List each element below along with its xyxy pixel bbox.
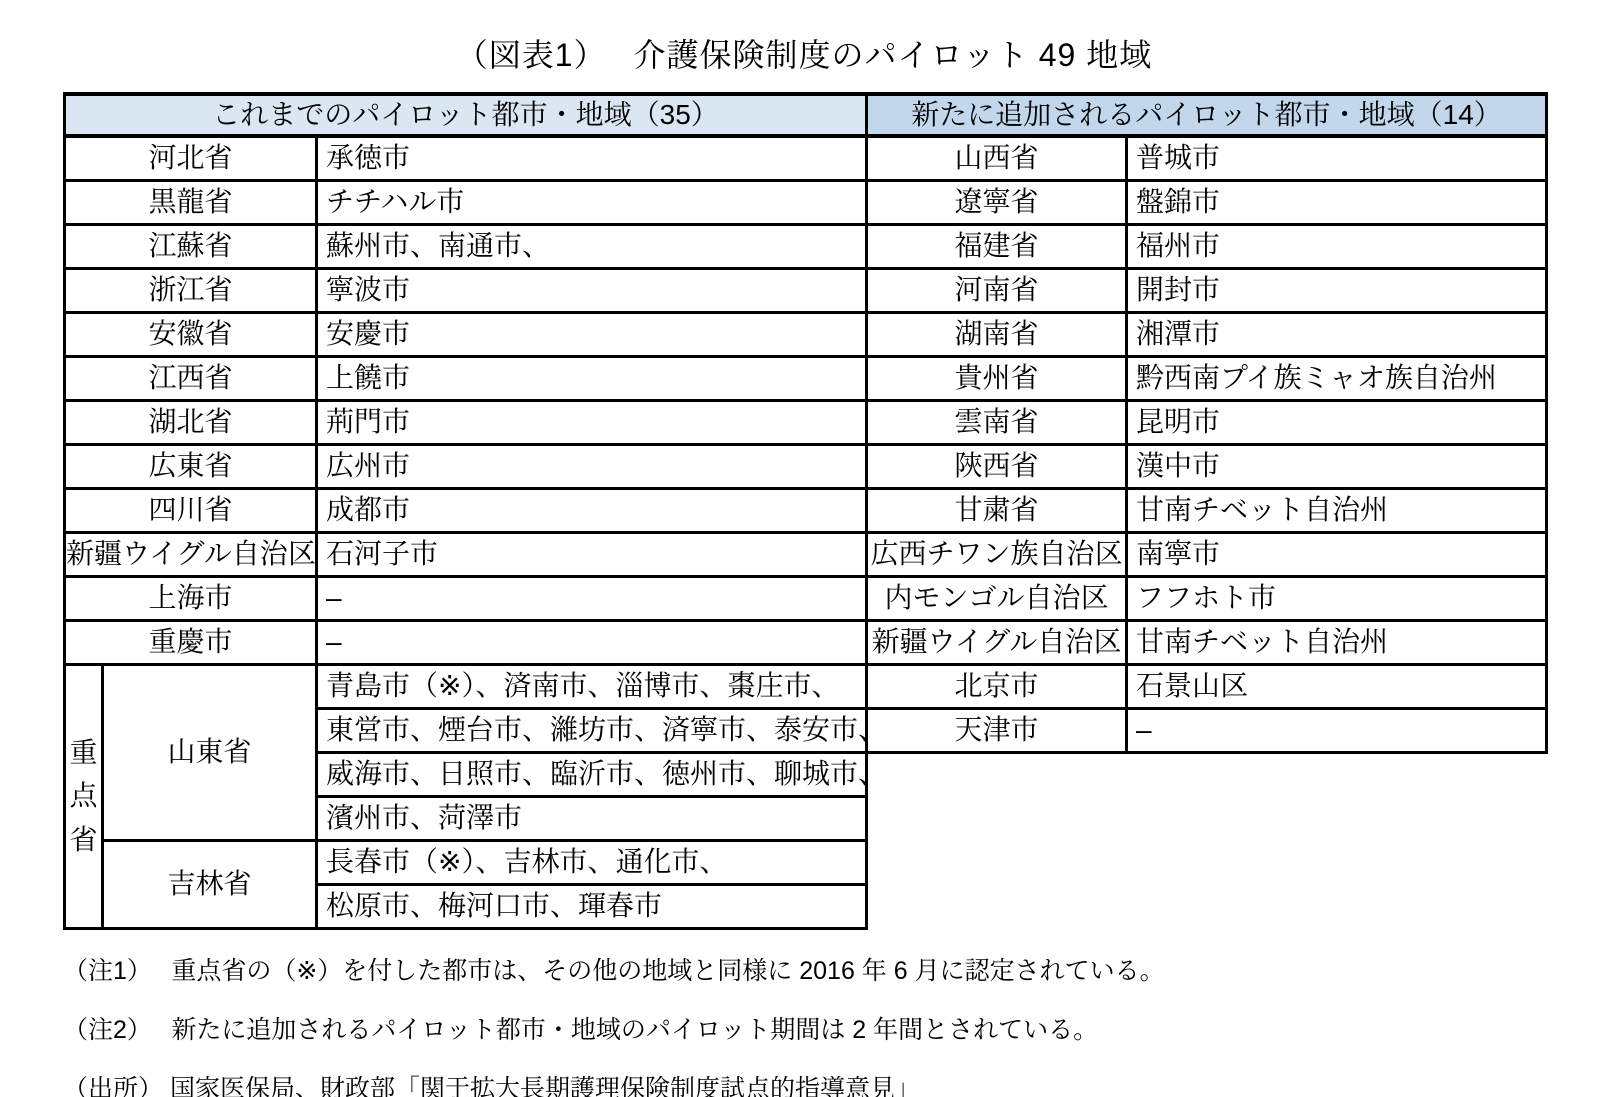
right-province-cell: 湖南省	[867, 312, 1127, 356]
key-province-label: 重 点 省	[65, 664, 103, 928]
left-cities-cell: 上饒市	[317, 356, 867, 400]
shandong-cities-cell: 濱州市、菏澤市	[317, 796, 867, 840]
table-row: 浙江省 寧波市 河南省 開封市	[65, 268, 1547, 312]
left-cities-cell: 広州市	[317, 444, 867, 488]
note-1: （注1） 重点省の（※）を付した都市は、その他の地域と同様に 2016 年 6 …	[63, 956, 1563, 986]
table-row: 重 点 省 山東省 青島市（※）、済南市、淄博市、棗庄市、 北京市 石景山区	[65, 664, 1547, 708]
table-row: 安徽省 安慶市 湖南省 湘潭市	[65, 312, 1547, 356]
table-row: 重慶市 – 新疆ウイグル自治区 甘南チベット自治州	[65, 620, 1547, 664]
table-row: 湖北省 荊門市 雲南省 昆明市	[65, 400, 1547, 444]
right-cities-cell: 甘南チベット自治州	[1127, 488, 1547, 532]
right-table-header: 新たに追加されるパイロット都市・地域（14）	[867, 94, 1547, 136]
left-cities-cell: 承徳市	[317, 136, 867, 180]
right-cities-cell: 黔西南プイ族ミャオ族自治州	[1127, 356, 1547, 400]
left-cities-cell: 荊門市	[317, 400, 867, 444]
right-province-cell: 陝西省	[867, 444, 1127, 488]
table-row: 江蘇省 蘇州市、南通市、 福建省 福州市	[65, 224, 1547, 268]
source-note: （出所） 国家医保局、財政部「関于拡大長期護理保険制度試点的指導意見」	[63, 1074, 1563, 1097]
left-province-cell: 黒龍省	[65, 180, 317, 224]
jilin-province-cell: 吉林省	[103, 840, 317, 928]
right-province-cell: 河南省	[867, 268, 1127, 312]
table-header-row: これまでのパイロット都市・地域（35） 新たに追加されるパイロット都市・地域（1…	[65, 94, 1547, 136]
shandong-cities-cell: 威海市、日照市、臨沂市、徳州市、聊城市、	[317, 752, 867, 796]
right-province-cell: 福建省	[867, 224, 1127, 268]
table-row: 広東省 広州市 陝西省 漢中市	[65, 444, 1547, 488]
table-row: 四川省 成都市 甘粛省 甘南チベット自治州	[65, 488, 1547, 532]
left-province-cell: 上海市	[65, 576, 317, 620]
right-cities-cell: 開封市	[1127, 268, 1547, 312]
right-cities-cell: 普城市	[1127, 136, 1547, 180]
right-cities-cell: フフホト市	[1127, 576, 1547, 620]
right-cities-cell: 湘潭市	[1127, 312, 1547, 356]
right-province-cell: 甘粛省	[867, 488, 1127, 532]
left-cities-cell: 安慶市	[317, 312, 867, 356]
left-cities-cell: 成都市	[317, 488, 867, 532]
right-province-cell: 広西チワン族自治区	[867, 532, 1127, 576]
right-cities-cell: 盤錦市	[1127, 180, 1547, 224]
left-cities-cell: –	[317, 576, 867, 620]
left-cities-cell: 石河子市	[317, 532, 867, 576]
left-province-cell: 湖北省	[65, 400, 317, 444]
right-cities-cell: 南寧市	[1127, 532, 1547, 576]
left-province-cell: 江蘇省	[65, 224, 317, 268]
right-cities-cell: 甘南チベット自治州	[1127, 620, 1547, 664]
table-row: 黒龍省 チチハル市 遼寧省 盤錦市	[65, 180, 1547, 224]
left-province-cell: 河北省	[65, 136, 317, 180]
left-table-header: これまでのパイロット都市・地域（35）	[65, 94, 867, 136]
shandong-cities-cell: 東営市、煙台市、濰坊市、済寧市、泰安市、	[317, 708, 867, 752]
left-province-cell: 新疆ウイグル自治区	[65, 532, 317, 576]
jilin-cities-cell: 長春市（※）、吉林市、通化市、	[317, 840, 867, 884]
figure-page: （図表1） 介護保険制度のパイロット 49 地域 これまでのパイロット都市・地域…	[0, 0, 1616, 1097]
right-province-cell: 山西省	[867, 136, 1127, 180]
right-province-cell: 貴州省	[867, 356, 1127, 400]
right-cities-cell: 石景山区	[1127, 664, 1547, 708]
right-province-cell: 遼寧省	[867, 180, 1127, 224]
left-cities-cell: チチハル市	[317, 180, 867, 224]
left-province-cell: 安徽省	[65, 312, 317, 356]
left-province-cell: 江西省	[65, 356, 317, 400]
pilot-regions-table: これまでのパイロット都市・地域（35） 新たに追加されるパイロット都市・地域（1…	[63, 92, 1548, 930]
left-province-cell: 四川省	[65, 488, 317, 532]
left-province-cell: 広東省	[65, 444, 317, 488]
empty-area	[867, 752, 1547, 928]
left-cities-cell: 蘇州市、南通市、	[317, 224, 867, 268]
left-cities-cell: –	[317, 620, 867, 664]
footnotes: （注1） 重点省の（※）を付した都市は、その他の地域と同様に 2016 年 6 …	[63, 956, 1563, 1097]
figure-title: （図表1） 介護保険制度のパイロット 49 地域	[63, 30, 1545, 76]
right-province-cell: 北京市	[867, 664, 1127, 708]
table-row: 江西省 上饒市 貴州省 黔西南プイ族ミャオ族自治州	[65, 356, 1547, 400]
right-province-cell: 雲南省	[867, 400, 1127, 444]
right-cities-cell: 昆明市	[1127, 400, 1547, 444]
table-row: 河北省 承徳市 山西省 普城市	[65, 136, 1547, 180]
table-row: 上海市 – 内モンゴル自治区 フフホト市	[65, 576, 1547, 620]
left-province-cell: 浙江省	[65, 268, 317, 312]
left-province-cell: 重慶市	[65, 620, 317, 664]
right-cities-cell: 漢中市	[1127, 444, 1547, 488]
table-row: 新疆ウイグル自治区 石河子市 広西チワン族自治区 南寧市	[65, 532, 1547, 576]
shandong-province-cell: 山東省	[103, 664, 317, 840]
right-province-cell: 内モンゴル自治区	[867, 576, 1127, 620]
right-province-cell: 新疆ウイグル自治区	[867, 620, 1127, 664]
right-cities-cell: 福州市	[1127, 224, 1547, 268]
left-cities-cell: 寧波市	[317, 268, 867, 312]
right-cities-cell: –	[1127, 708, 1547, 752]
note-2: （注2） 新たに追加されるパイロット都市・地域のパイロット期間は 2 年間とされ…	[63, 1015, 1563, 1045]
right-province-cell: 天津市	[867, 708, 1127, 752]
shandong-cities-cell: 青島市（※）、済南市、淄博市、棗庄市、	[317, 664, 867, 708]
jilin-cities-cell: 松原市、梅河口市、琿春市	[317, 884, 867, 928]
